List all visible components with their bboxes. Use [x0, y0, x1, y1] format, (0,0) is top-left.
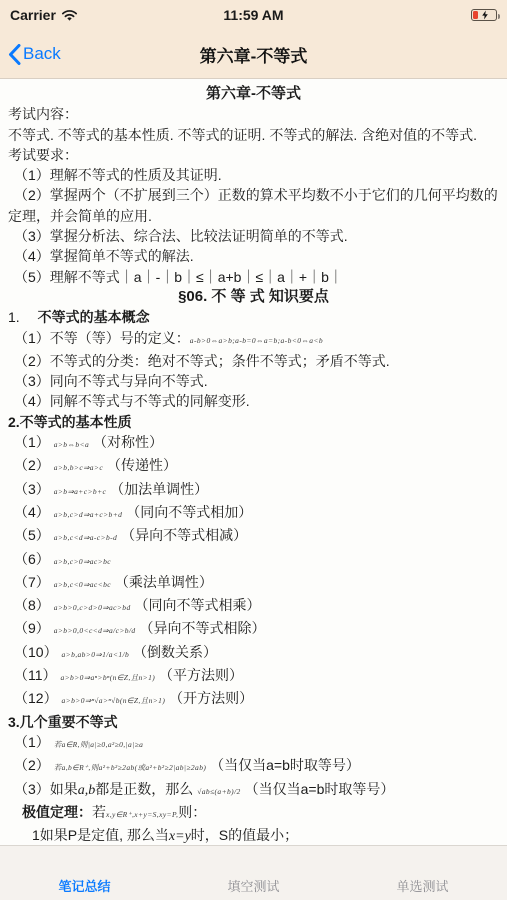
tab-label: 单选测试	[396, 876, 448, 895]
text-segment: （9）	[14, 620, 54, 636]
chevron-left-icon	[8, 44, 21, 65]
tab-label: 笔记总结	[58, 876, 110, 895]
inline-formula: a>b⇔b<a	[54, 440, 89, 449]
text-segment: （4）同解不等式与不等式的同解变形.	[14, 393, 250, 409]
text-segment: （1）不等（等）号的定义：	[14, 330, 190, 346]
text-segment: 2.不等式的基本性质	[8, 414, 132, 430]
content-line: （2） a>b,b>c⇒a>c （传递性）	[8, 455, 499, 478]
battery-tip	[498, 14, 501, 19]
inline-formula: a>b⇒a+c>b+c	[54, 487, 107, 496]
inline-formula: a>b,c<0⇒ac<bc	[54, 580, 111, 589]
text-segment: （4）掌握简单不等式的解法.	[14, 248, 194, 264]
text-segment: （2）	[14, 457, 54, 473]
text-segment: （同向不等式相加）	[122, 504, 252, 520]
text-segment: （5）	[14, 527, 54, 543]
content-line: （1）不等（等）号的定义：a-b>0⇔a>b;a-b=0⇔a=b;a-b<0⇔a…	[8, 328, 499, 351]
content-line: 考试要求：	[8, 145, 499, 165]
content-line: （1）理解不等式的性质及其证明.	[8, 165, 499, 185]
tab-label: 填空测试	[227, 876, 279, 895]
text-segment: 都是正数，那么	[95, 781, 197, 797]
content-line: （4）掌握简单不等式的解法.	[8, 246, 499, 266]
text-segment: （加法单调性）	[106, 481, 208, 497]
inline-formula: a>b,c<d⇒a-c>b-d	[54, 533, 118, 542]
content-line: （1） a>b⇔b<a （对称性）	[8, 432, 499, 455]
inline-formula: 若a,b∈R⁺,则a²+b²≥2ab(或a²+b²≥2|ab|≥2ab)	[54, 763, 207, 772]
text-segment: 极值定理：	[22, 804, 92, 820]
inline-formula: 若a∈R,则|a|≥0,a²≥0,|a|≥a	[54, 740, 144, 749]
text-segment: 1.	[8, 309, 38, 325]
tab-notes-summary[interactable]: 笔记总结	[0, 846, 169, 900]
charging-bolt-icon	[480, 10, 490, 20]
content-line: （2） 若a,b∈R⁺,则a²+b²≥2ab(或a²+b²≥2|ab|≥2ab)…	[8, 755, 499, 778]
inline-formula: √ab≤(a+b)/2	[197, 787, 241, 796]
text-segment: 考试要求：	[8, 147, 78, 163]
content-line: （11） a>b>0⇒aⁿ>bⁿ(n∈Z,且n>1) （平方法则）	[8, 665, 499, 688]
content-line: 1如果P是定值, 那么当x=y时，S的值最小；	[8, 825, 499, 845]
content-line: （2）掌握两个（不扩展到三个）正数的算术平均数不小于它们的几何平均数的定理，并会…	[8, 185, 499, 226]
text-segment: （对称性）	[89, 434, 163, 450]
inline-formula: a>b,ab>0⇒1/a<1/b	[61, 650, 129, 659]
text-segment: （10）	[14, 644, 61, 660]
text-segment: （7）	[14, 574, 54, 590]
inline-formula: x,y∈R⁺,x+y=S,xy=P,	[106, 810, 178, 819]
inline-formula: a>b>0,0<c<d⇒a/c>b/d	[54, 626, 136, 635]
navigation-bar: 第六章-不等式 Back	[0, 30, 507, 79]
content-line: 1. 不等式的基本概念	[8, 307, 499, 327]
text-segment: （8）	[14, 597, 54, 613]
text-segment: （3）如果	[14, 781, 78, 797]
content-line: （4） a>b,c>d⇒a+c>b+d （同向不等式相加）	[8, 502, 499, 525]
text-segment: （6）	[14, 551, 54, 567]
text-segment: （倒数关系）	[129, 644, 217, 660]
battery-level-fill	[473, 11, 478, 19]
text-segment: （3）掌握分析法、综合法、比较法证明简单的不等式.	[14, 228, 348, 244]
tab-fill-blank-test[interactable]: 填空测试	[169, 846, 338, 900]
content-line: §06. 不 等 式 知识要点	[8, 287, 499, 307]
content-line: （6） a>b,c>0⇒ac>bc	[8, 549, 499, 572]
content-lines: 第六章-不等式考试内容：不等式. 不等式的基本性质. 不等式的证明. 不等式的解…	[8, 84, 499, 845]
app-window: Carrier 11:59 AM 第六章-不等式 Back	[0, 0, 507, 900]
content-line: （2）不等式的分类：绝对不等式；条件不等式；矛盾不等式.	[8, 351, 499, 371]
text-segment: 不等式的基本概念	[38, 309, 150, 325]
text-segment: 则：	[178, 804, 206, 820]
back-button-label: Back	[23, 44, 61, 64]
text-segment: （2）	[14, 757, 54, 773]
content-line: （3）如果a,b都是正数，那么 √ab≤(a+b)/2 （当仅当a=b时取等号）	[8, 779, 499, 802]
content-line: （3） a>b⇒a+c>b+c （加法单调性）	[8, 479, 499, 502]
text-segment: §06. 不 等 式 知识要点	[178, 288, 329, 305]
text-segment: （12）	[14, 690, 61, 706]
content-line: （8） a>b>0,c>d>0⇒ac>bd （同向不等式相乘）	[8, 595, 499, 618]
clock: 11:59 AM	[150, 7, 357, 23]
content-line: 不等式. 不等式的基本性质. 不等式的证明. 不等式的解法. 含绝对值的不等式.	[8, 125, 499, 145]
text-segment: （5）理解不等式｜a｜-｜b｜≤｜a+b｜≤｜a｜+｜b｜	[14, 269, 343, 285]
content-line: （12） a>b>0⇒ⁿ√a>ⁿ√b(n∈Z,且n>1) （开方法则）	[8, 688, 499, 711]
text-segment: （4）	[14, 504, 54, 520]
content-line: （3）同向不等式与异向不等式.	[8, 371, 499, 391]
text-segment: 第六章-不等式	[206, 85, 301, 102]
text-segment: （11）	[14, 667, 60, 683]
content-line: （10） a>b,ab>0⇒1/a<1/b （倒数关系）	[8, 642, 499, 665]
content-line: （9） a>b>0,0<c<d⇒a/c>b/d （异向不等式相除）	[8, 618, 499, 641]
content-line: （5） a>b,c<d⇒a-c>b-d （异向不等式相减）	[8, 525, 499, 548]
text-segment: 不等式. 不等式的基本性质. 不等式的证明. 不等式的解法. 含绝对值的不等式.	[8, 127, 477, 143]
text-segment: （开方法则）	[165, 690, 253, 706]
text-segment: 时，S的值最小；	[191, 827, 298, 843]
inline-formula: a>b,b>c⇒a>c	[54, 463, 103, 472]
text-segment: （同向不等式相乘）	[131, 597, 261, 613]
status-bar-right	[357, 9, 497, 21]
inline-formula: a>b,c>d⇒a+c>b+d	[54, 510, 123, 519]
inline-formula: a>b>0⇒ⁿ√a>ⁿ√b(n∈Z,且n>1)	[61, 696, 165, 705]
content-line: （3）掌握分析法、综合法、比较法证明简单的不等式.	[8, 226, 499, 246]
text-segment: （1）	[14, 734, 54, 750]
page-title: 第六章-不等式	[0, 42, 507, 67]
content-line: 2.不等式的基本性质	[8, 412, 499, 432]
text-segment: x=y	[169, 829, 191, 844]
inline-formula: a-b>0⇔a>b;a-b=0⇔a=b;a-b<0⇔a<b	[190, 336, 323, 345]
tab-bar: 笔记总结填空测试单选测试	[0, 845, 507, 900]
content-line: （1） 若a∈R,则|a|≥0,a²≥0,|a|≥a	[8, 732, 499, 755]
carrier-label: Carrier	[10, 7, 56, 23]
content-scroll-area[interactable]: 第六章-不等式考试内容：不等式. 不等式的基本性质. 不等式的证明. 不等式的解…	[0, 79, 507, 845]
text-segment: a,b	[78, 783, 96, 798]
text-segment: 3.几个重要不等式	[8, 714, 118, 730]
status-bar: Carrier 11:59 AM	[0, 0, 507, 30]
status-bar-left: Carrier	[10, 7, 150, 23]
back-button[interactable]: Back	[0, 44, 71, 65]
content-line: （4）同解不等式与不等式的同解变形.	[8, 391, 499, 411]
text-segment: （1）理解不等式的性质及其证明.	[14, 167, 222, 183]
text-segment: （3）	[14, 481, 54, 497]
content-line: 3.几个重要不等式	[8, 712, 499, 732]
content-line: 极值定理：若x,y∈R⁺,x+y=S,xy=P,则：	[8, 802, 499, 825]
text-segment: 若	[92, 804, 106, 820]
text-segment: 1如果P是定值, 那么当	[32, 827, 169, 843]
text-segment: （平方法则）	[155, 667, 243, 683]
inline-formula: a>b>0,c>d>0⇒ac>bd	[54, 603, 131, 612]
content-line: 考试内容：	[8, 104, 499, 124]
battery-icon	[471, 9, 497, 21]
text-segment: （1）	[14, 434, 54, 450]
tab-single-choice-test[interactable]: 单选测试	[338, 846, 507, 900]
content-line: 第六章-不等式	[8, 84, 499, 104]
text-segment: （2）不等式的分类：绝对不等式；条件不等式；矛盾不等式.	[14, 353, 390, 369]
text-segment: （当仅当a=b时取等号）	[206, 757, 360, 773]
inline-formula: a>b,c>0⇒ac>bc	[54, 557, 111, 566]
text-segment: （传递性）	[103, 457, 177, 473]
inline-formula: a>b>0⇒aⁿ>bⁿ(n∈Z,且n>1)	[60, 673, 155, 682]
content-line: （5）理解不等式｜a｜-｜b｜≤｜a+b｜≤｜a｜+｜b｜	[8, 267, 499, 287]
text-segment: （异向不等式相除）	[136, 620, 266, 636]
wifi-icon	[61, 9, 78, 22]
text-segment: （3）同向不等式与异向不等式.	[14, 373, 208, 389]
text-segment: （乘法单调性）	[111, 574, 213, 590]
text-segment: （2）掌握两个（不扩展到三个）正数的算术平均数不小于它们的几何平均数的定理，并会…	[8, 187, 498, 223]
text-segment: （当仅当a=b时取等号）	[241, 781, 395, 797]
content-line: （7） a>b,c<0⇒ac<bc （乘法单调性）	[8, 572, 499, 595]
text-segment: （异向不等式相减）	[117, 527, 247, 543]
text-segment: 考试内容：	[8, 106, 78, 122]
